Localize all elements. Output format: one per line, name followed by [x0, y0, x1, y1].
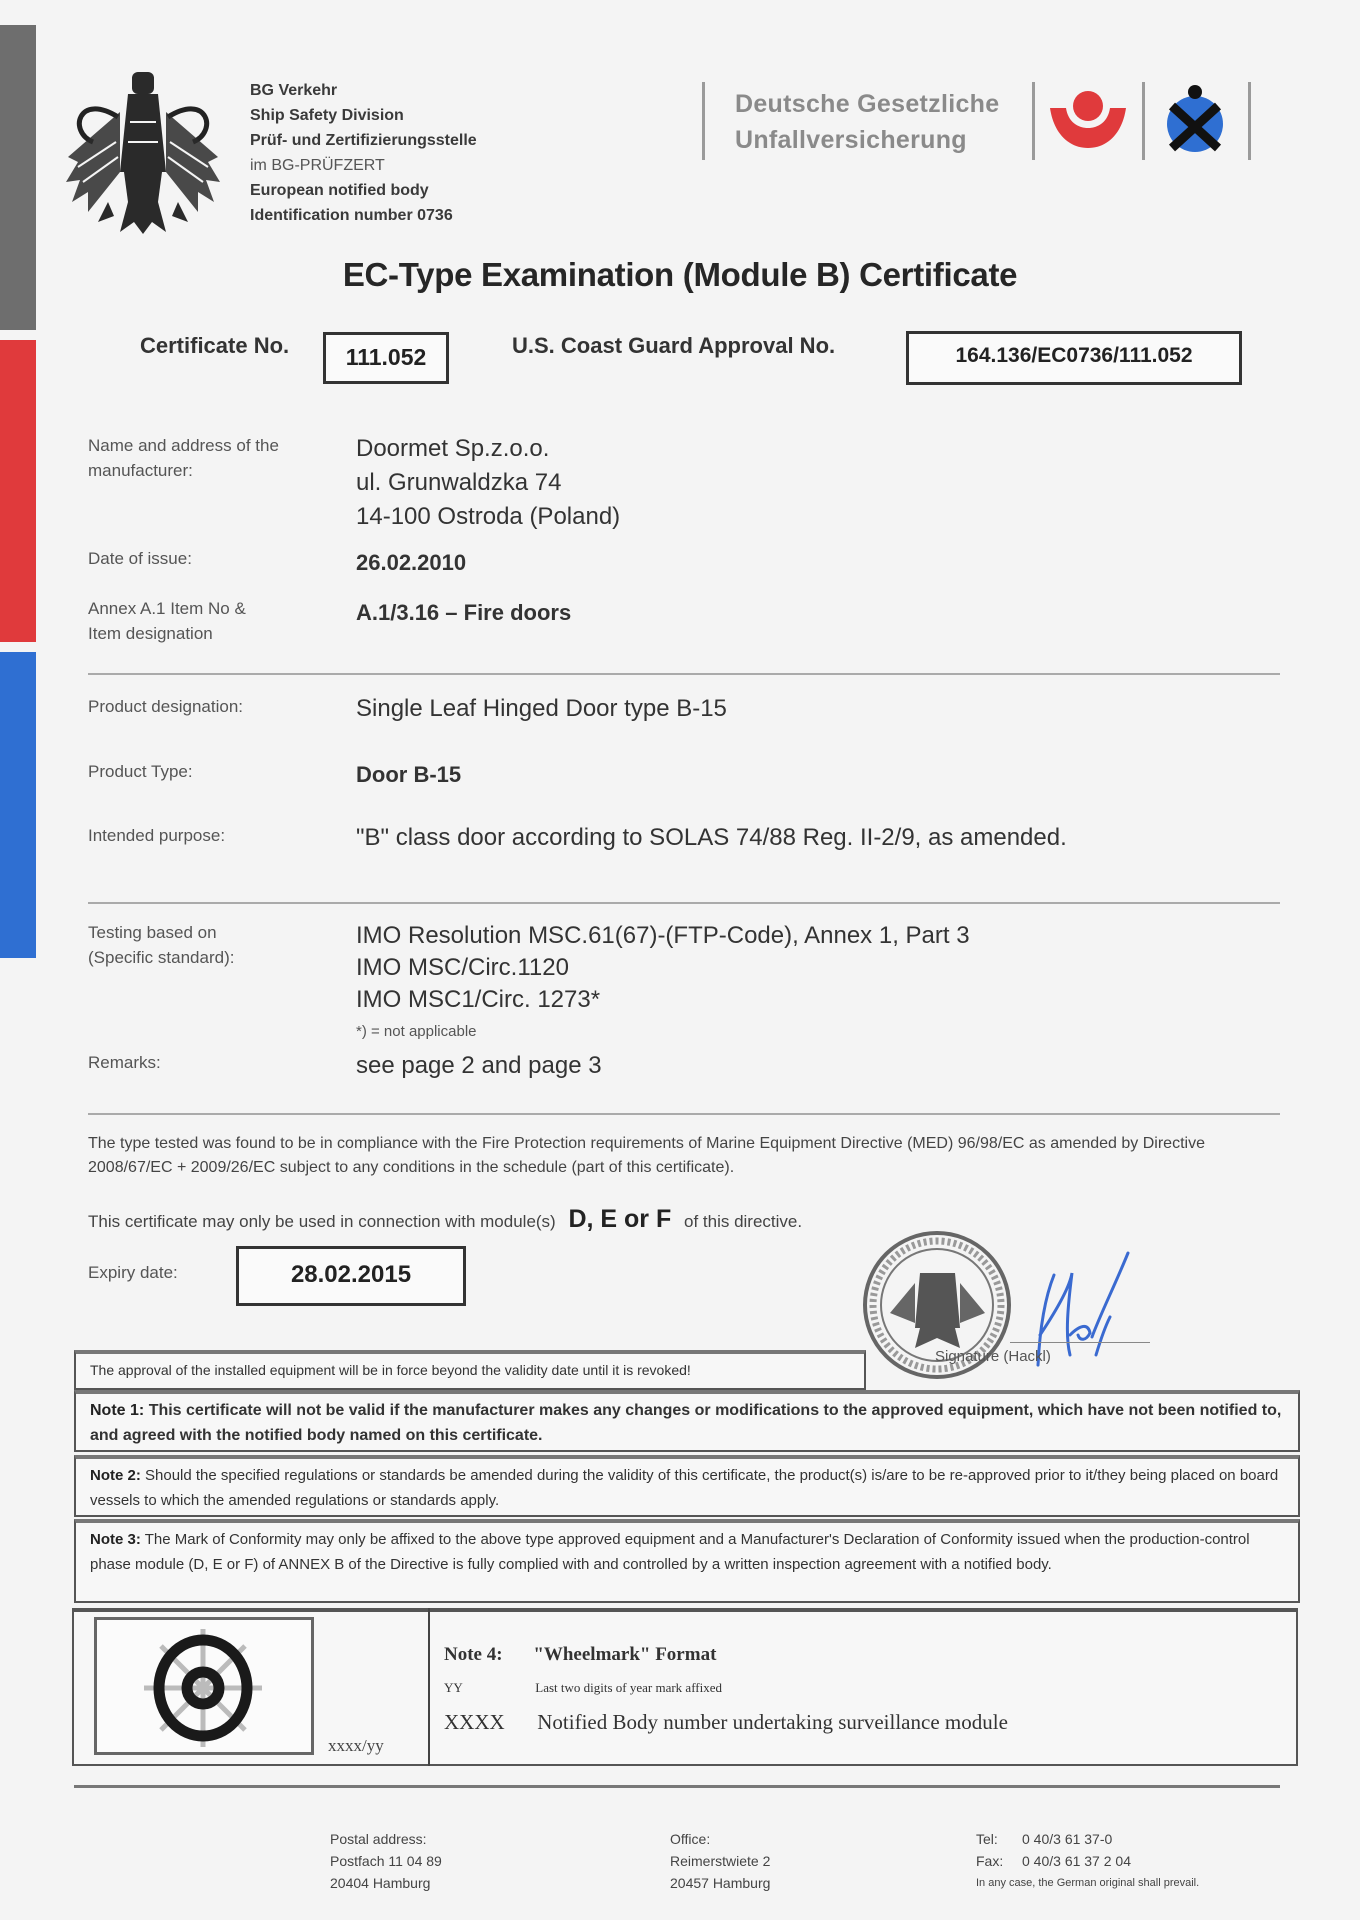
standard-line: IMO MSC/Circ.1120 [356, 952, 970, 984]
note-1: Note 1: This certificate will not be val… [74, 1390, 1300, 1452]
dguv-blue-logo-icon [1160, 84, 1230, 156]
language-note: In any case, the German original shall p… [976, 1872, 1199, 1894]
issuer-line: im BG-PRÜFZERT [250, 153, 477, 178]
office-address: Office: Reimerstwiete 2 20457 Hamburg [670, 1828, 770, 1894]
product-designation: Single Leaf Hinged Door type B-15 [356, 692, 727, 726]
federal-eagle-icon [58, 62, 228, 237]
module-prefix: This certificate may only be used in con… [88, 1212, 556, 1231]
issuer-line: Ship Safety Division [250, 103, 477, 128]
tel-number: 0 40/3 61 37-0 [1022, 1831, 1112, 1847]
label-line: manufacturer: [88, 458, 279, 483]
side-stripe-red [0, 340, 36, 642]
dguv-name-line2: Unfallversicherung [735, 122, 999, 158]
manufacturer-name: Doormet Sp.z.o.o. [356, 432, 620, 466]
note-text: The Mark of Conformity may only be affix… [90, 1531, 1250, 1573]
note-label: Note 1: [90, 1402, 144, 1419]
dguv-name-line1: Deutsche Gesetzliche [735, 86, 999, 122]
certificate-number: 111.052 [323, 332, 449, 384]
approval-notice: The approval of the installed equipment … [74, 1350, 866, 1390]
office-label: Office: [670, 1828, 770, 1850]
uscg-approval-label: U.S. Coast Guard Approval No. [512, 333, 835, 359]
header-divider [1248, 82, 1251, 160]
header-divider [702, 82, 705, 160]
module-restriction: This certificate may only be used in con… [88, 1205, 802, 1234]
note-text: Should the specified regulations or stan… [90, 1467, 1278, 1509]
section-divider [88, 673, 1280, 675]
note-label: Note 2: [90, 1467, 141, 1484]
note-2: Note 2: Should the specified regulations… [74, 1455, 1300, 1517]
note-4-heading: Note 4: "Wheelmark" Format [444, 1644, 716, 1666]
expiry-date: 28.02.2015 [236, 1246, 466, 1306]
tel-label: Tel: [976, 1828, 1022, 1850]
issuer-line: European notified body [250, 178, 477, 203]
label-line: Testing based on [88, 920, 234, 945]
compliance-statement: The type tested was found to be in compl… [88, 1132, 1278, 1180]
issuer-line: Identification number 0736 [250, 203, 477, 228]
signature-line [1010, 1342, 1150, 1343]
standard-line: IMO Resolution MSC.61(67)-(FTP-Code), An… [356, 920, 970, 952]
section-divider [88, 1113, 1280, 1115]
issuer-block: BG Verkehr Ship Safety Division Prüf- un… [250, 78, 477, 228]
dguv-name: Deutsche Gesetzliche Unfallversicherung [735, 86, 999, 158]
section-divider [88, 902, 1280, 904]
yy-description: Last two digits of year mark affixed [535, 1680, 722, 1695]
issuer-line: BG Verkehr [250, 78, 477, 103]
office-line: Reimerstwiete 2 [670, 1850, 770, 1872]
postal-address: Postal address: Postfach 11 04 89 20404 … [330, 1828, 442, 1894]
testing-footnote: *) = not applicable [356, 1019, 477, 1044]
expiry-date-label: Expiry date: [88, 1260, 178, 1285]
yy-key: YY [444, 1680, 532, 1696]
note-4-xxxx: XXXX Notified Body number undertaking su… [444, 1710, 1008, 1735]
testing-standards: IMO Resolution MSC.61(67)-(FTP-Code), An… [356, 920, 970, 1016]
header-divider [1142, 82, 1145, 160]
manufacturer-city: 14-100 Ostroda (Poland) [356, 500, 620, 534]
fax-label: Fax: [976, 1850, 1022, 1872]
fax-number: 0 40/3 61 37 2 04 [1022, 1853, 1131, 1869]
dguv-red-logo-icon [1048, 90, 1128, 150]
postal-line: 20404 Hamburg [330, 1872, 442, 1894]
contact-info: Tel:0 40/3 61 37-0 Fax:0 40/3 61 37 2 04… [976, 1828, 1199, 1894]
manufacturer-label: Name and address of the manufacturer: [88, 433, 279, 483]
side-stripe-blue [0, 652, 36, 958]
certificate-number-label: Certificate No. [140, 333, 289, 359]
label-line: Item designation [88, 621, 246, 646]
wheelmark-icon [140, 1625, 266, 1751]
manufacturer-address: Doormet Sp.z.o.o. ul. Grunwaldzka 74 14-… [356, 432, 620, 534]
date-of-issue: 26.02.2010 [356, 546, 466, 580]
label-line: Annex A.1 Item No & [88, 596, 246, 621]
product-designation-label: Product designation: [88, 694, 243, 719]
remarks: see page 2 and page 3 [356, 1049, 602, 1083]
issuer-line: Prüf- und Zertifizierungsstelle [250, 128, 477, 153]
wheelmark-caption: xxxx/yy [328, 1736, 384, 1756]
remarks-label: Remarks: [88, 1050, 161, 1075]
note-4-label: Note 4: [444, 1644, 503, 1665]
label-line: Name and address of the [88, 433, 279, 458]
xxxx-description: Notified Body number undertaking surveil… [537, 1710, 1008, 1734]
intended-purpose-label: Intended purpose: [88, 823, 225, 848]
note-text: This certificate will not be valid if th… [90, 1402, 1281, 1444]
standard-line: IMO MSC1/Circ. 1273* [356, 984, 970, 1016]
document-title: EC-Type Examination (Module B) Certifica… [0, 256, 1360, 294]
footer-divider [74, 1785, 1280, 1788]
manufacturer-street: ul. Grunwaldzka 74 [356, 466, 620, 500]
intended-purpose: "B" class door according to SOLAS 74/88 … [356, 821, 1067, 855]
header-divider [1032, 82, 1035, 160]
signature-label: Signature (Hackl) [935, 1348, 1051, 1365]
postal-label: Postal address: [330, 1828, 442, 1850]
product-type: Door B-15 [356, 758, 461, 792]
xxxx-key: XXXX [444, 1710, 532, 1735]
date-of-issue-label: Date of issue: [88, 546, 192, 571]
product-type-label: Product Type: [88, 759, 193, 784]
note-3: Note 3: The Mark of Conformity may only … [74, 1519, 1300, 1603]
modules: D, E or F [568, 1205, 671, 1233]
uscg-approval-number: 164.136/EC0736/111.052 [906, 331, 1242, 385]
note-4-yy: YY Last two digits of year mark affixed [444, 1680, 722, 1696]
annex-item-label: Annex A.1 Item No & Item designation [88, 596, 246, 646]
postal-line: Postfach 11 04 89 [330, 1850, 442, 1872]
office-line: 20457 Hamburg [670, 1872, 770, 1894]
note-label: Note 3: [90, 1531, 141, 1548]
label-line: (Specific standard): [88, 945, 234, 970]
module-suffix: of this directive. [684, 1212, 802, 1231]
annex-item-value: A.1/3.16 – Fire doors [356, 596, 571, 630]
note-4-title: "Wheelmark" Format [533, 1644, 716, 1665]
wheelmark-divider [428, 1608, 430, 1766]
testing-basis-label: Testing based on (Specific standard): [88, 920, 234, 970]
